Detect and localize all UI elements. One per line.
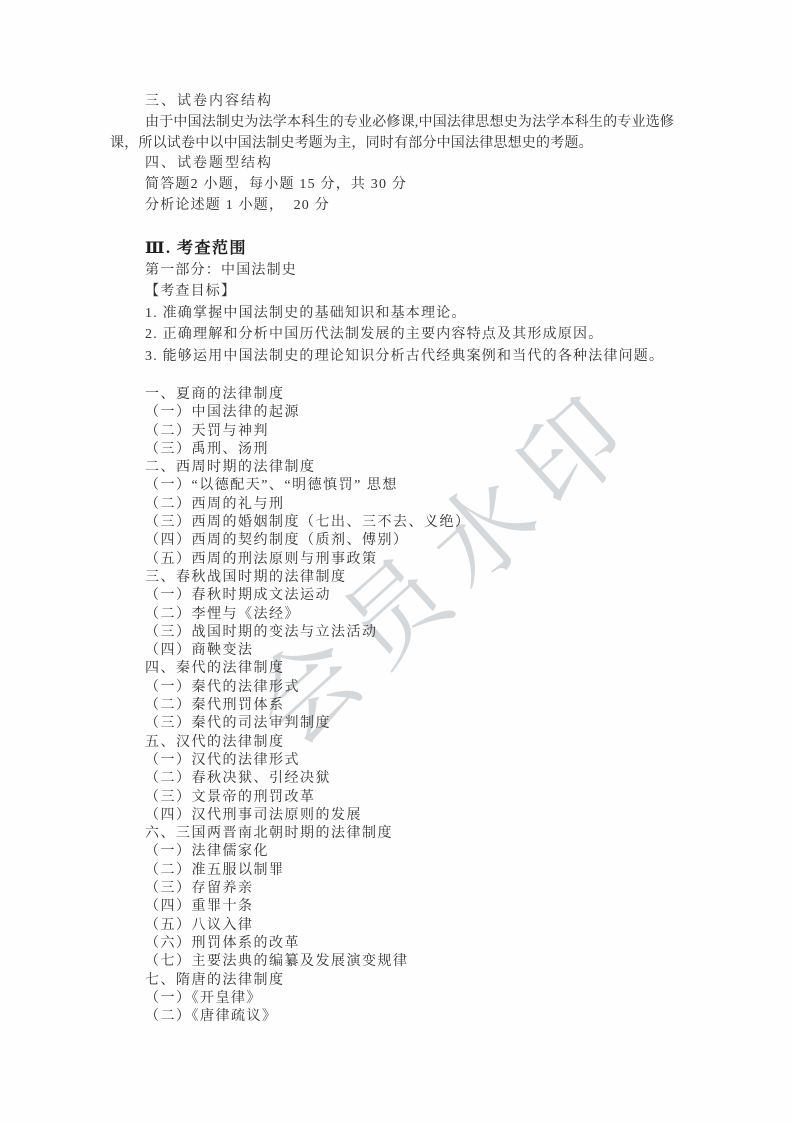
outline-item: （四）西周的契约制度（质剂、傅别） (110, 532, 730, 550)
outline-item: （三）文景帝的刑罚改革 (110, 789, 730, 807)
outline-item: （五）西周的刑法原则与刑事政策 (110, 551, 730, 569)
outline-item: （一）“以德配天”、“明德慎罚” 思想 (110, 477, 730, 495)
heading-content-structure: 三、试卷内容结构 (110, 92, 730, 113)
intro-section: 三、试卷内容结构 由于中国法制史为法学本科生的专业必修课,中国法律思想史为法学本… (110, 92, 730, 217)
outline-item: 六、三国两晋南北朝时期的法律制度 (110, 825, 730, 843)
outline-item: （六）刑罚体系的改革 (110, 935, 730, 953)
outline-item: （一）春秋时期成文法运动 (110, 587, 730, 605)
document-page: 会员水印 三、试卷内容结构 由于中国法制史为法学本科生的专业必修课,中国法律思想… (0, 0, 793, 1122)
intro-paragraph-line-1: 由于中国法制史为法学本科生的专业必修课,中国法律思想史为法学本科生的专业选修 (110, 113, 730, 134)
outline-item: 三、春秋战国时期的法律制度 (110, 569, 730, 587)
scope-section: Ⅲ. 考查范围 第一部分：中国法制史 【考查目标】 1. 准确掌握中国法制史的基… (110, 238, 730, 367)
objectives-label: 【考查目标】 (110, 281, 730, 303)
objective-3: 3. 能够运用中国法制史的理论知识分析古代经典案例和当代的各种法律问题。 (110, 346, 730, 368)
outline-item: （二）西周的礼与刑 (110, 496, 730, 514)
outline-item: （三）西周的婚姻制度（七出、三不去、义绝） (110, 514, 730, 532)
outline-item: 七、隋唐的法律制度 (110, 972, 730, 990)
outline-item: （四）商鞅变法 (110, 642, 730, 660)
outline-item: （一）秦代的法律形式 (110, 679, 730, 697)
outline-item: 二、西周时期的法律制度 (110, 459, 730, 477)
outline-item: （四）重罪十条 (110, 898, 730, 916)
outline-item: （一）法律儒家化 (110, 843, 730, 861)
outline-item: （七）主要法典的编纂及发展演变规律 (110, 953, 730, 971)
outline-item: （一）中国法律的起源 (110, 404, 730, 422)
outline-item: （三）战国时期的变法与立法活动 (110, 624, 730, 642)
section-part: 第一部分：中国法制史 (110, 260, 730, 282)
outline-item: （一）汉代的法律形式 (110, 752, 730, 770)
outline-item: 一、夏商的法律制度 (110, 386, 730, 404)
outline-item: （一）《开皇律》 (110, 990, 730, 1008)
objective-2: 2. 正确理解和分析中国历代法制发展的主要内容特点及其形成原因。 (110, 324, 730, 346)
heading-question-structure: 四、试卷题型结构 (110, 154, 730, 175)
objective-1: 1. 准确掌握中国法制史的基础知识和基本理论。 (110, 303, 730, 325)
short-answer-line: 简答题2 小题，每小题 15 分，共 30 分 (110, 175, 730, 196)
outline-item: （二）秦代刑罚体系 (110, 697, 730, 715)
outline-item: （三）存留养亲 (110, 880, 730, 898)
intro-paragraph-line-2: 课，所以试卷中以中国法制史考题为主，同时有部分中国法律思想史的考题。 (110, 134, 730, 155)
outline-item: （二）李悝与《法经》 (110, 606, 730, 624)
outline-item: （五）八议入律 (110, 917, 730, 935)
outline-item: 五、汉代的法律制度 (110, 734, 730, 752)
outline-item: （二）春秋决狱、引经决狱 (110, 770, 730, 788)
outline-list: 一、夏商的法律制度 （一）中国法律的起源 （二）天罚与神判 （三）禹刑、汤刑 二… (110, 386, 730, 1026)
outline-item: （二）《唐律疏议》 (110, 1008, 730, 1026)
outline-item: （二）天罚与神判 (110, 423, 730, 441)
section-title: Ⅲ. 考查范围 (110, 238, 730, 260)
outline-item: （四）汉代刑事司法原则的发展 (110, 807, 730, 825)
outline-item: （三）禹刑、汤刑 (110, 441, 730, 459)
outline-item: （二）准五服以制罪 (110, 862, 730, 880)
outline-item: （三）秦代的司法审判制度 (110, 715, 730, 733)
essay-line: 分析论述题 1 小题， 20 分 (110, 196, 730, 217)
outline-item: 四、秦代的法律制度 (110, 660, 730, 678)
